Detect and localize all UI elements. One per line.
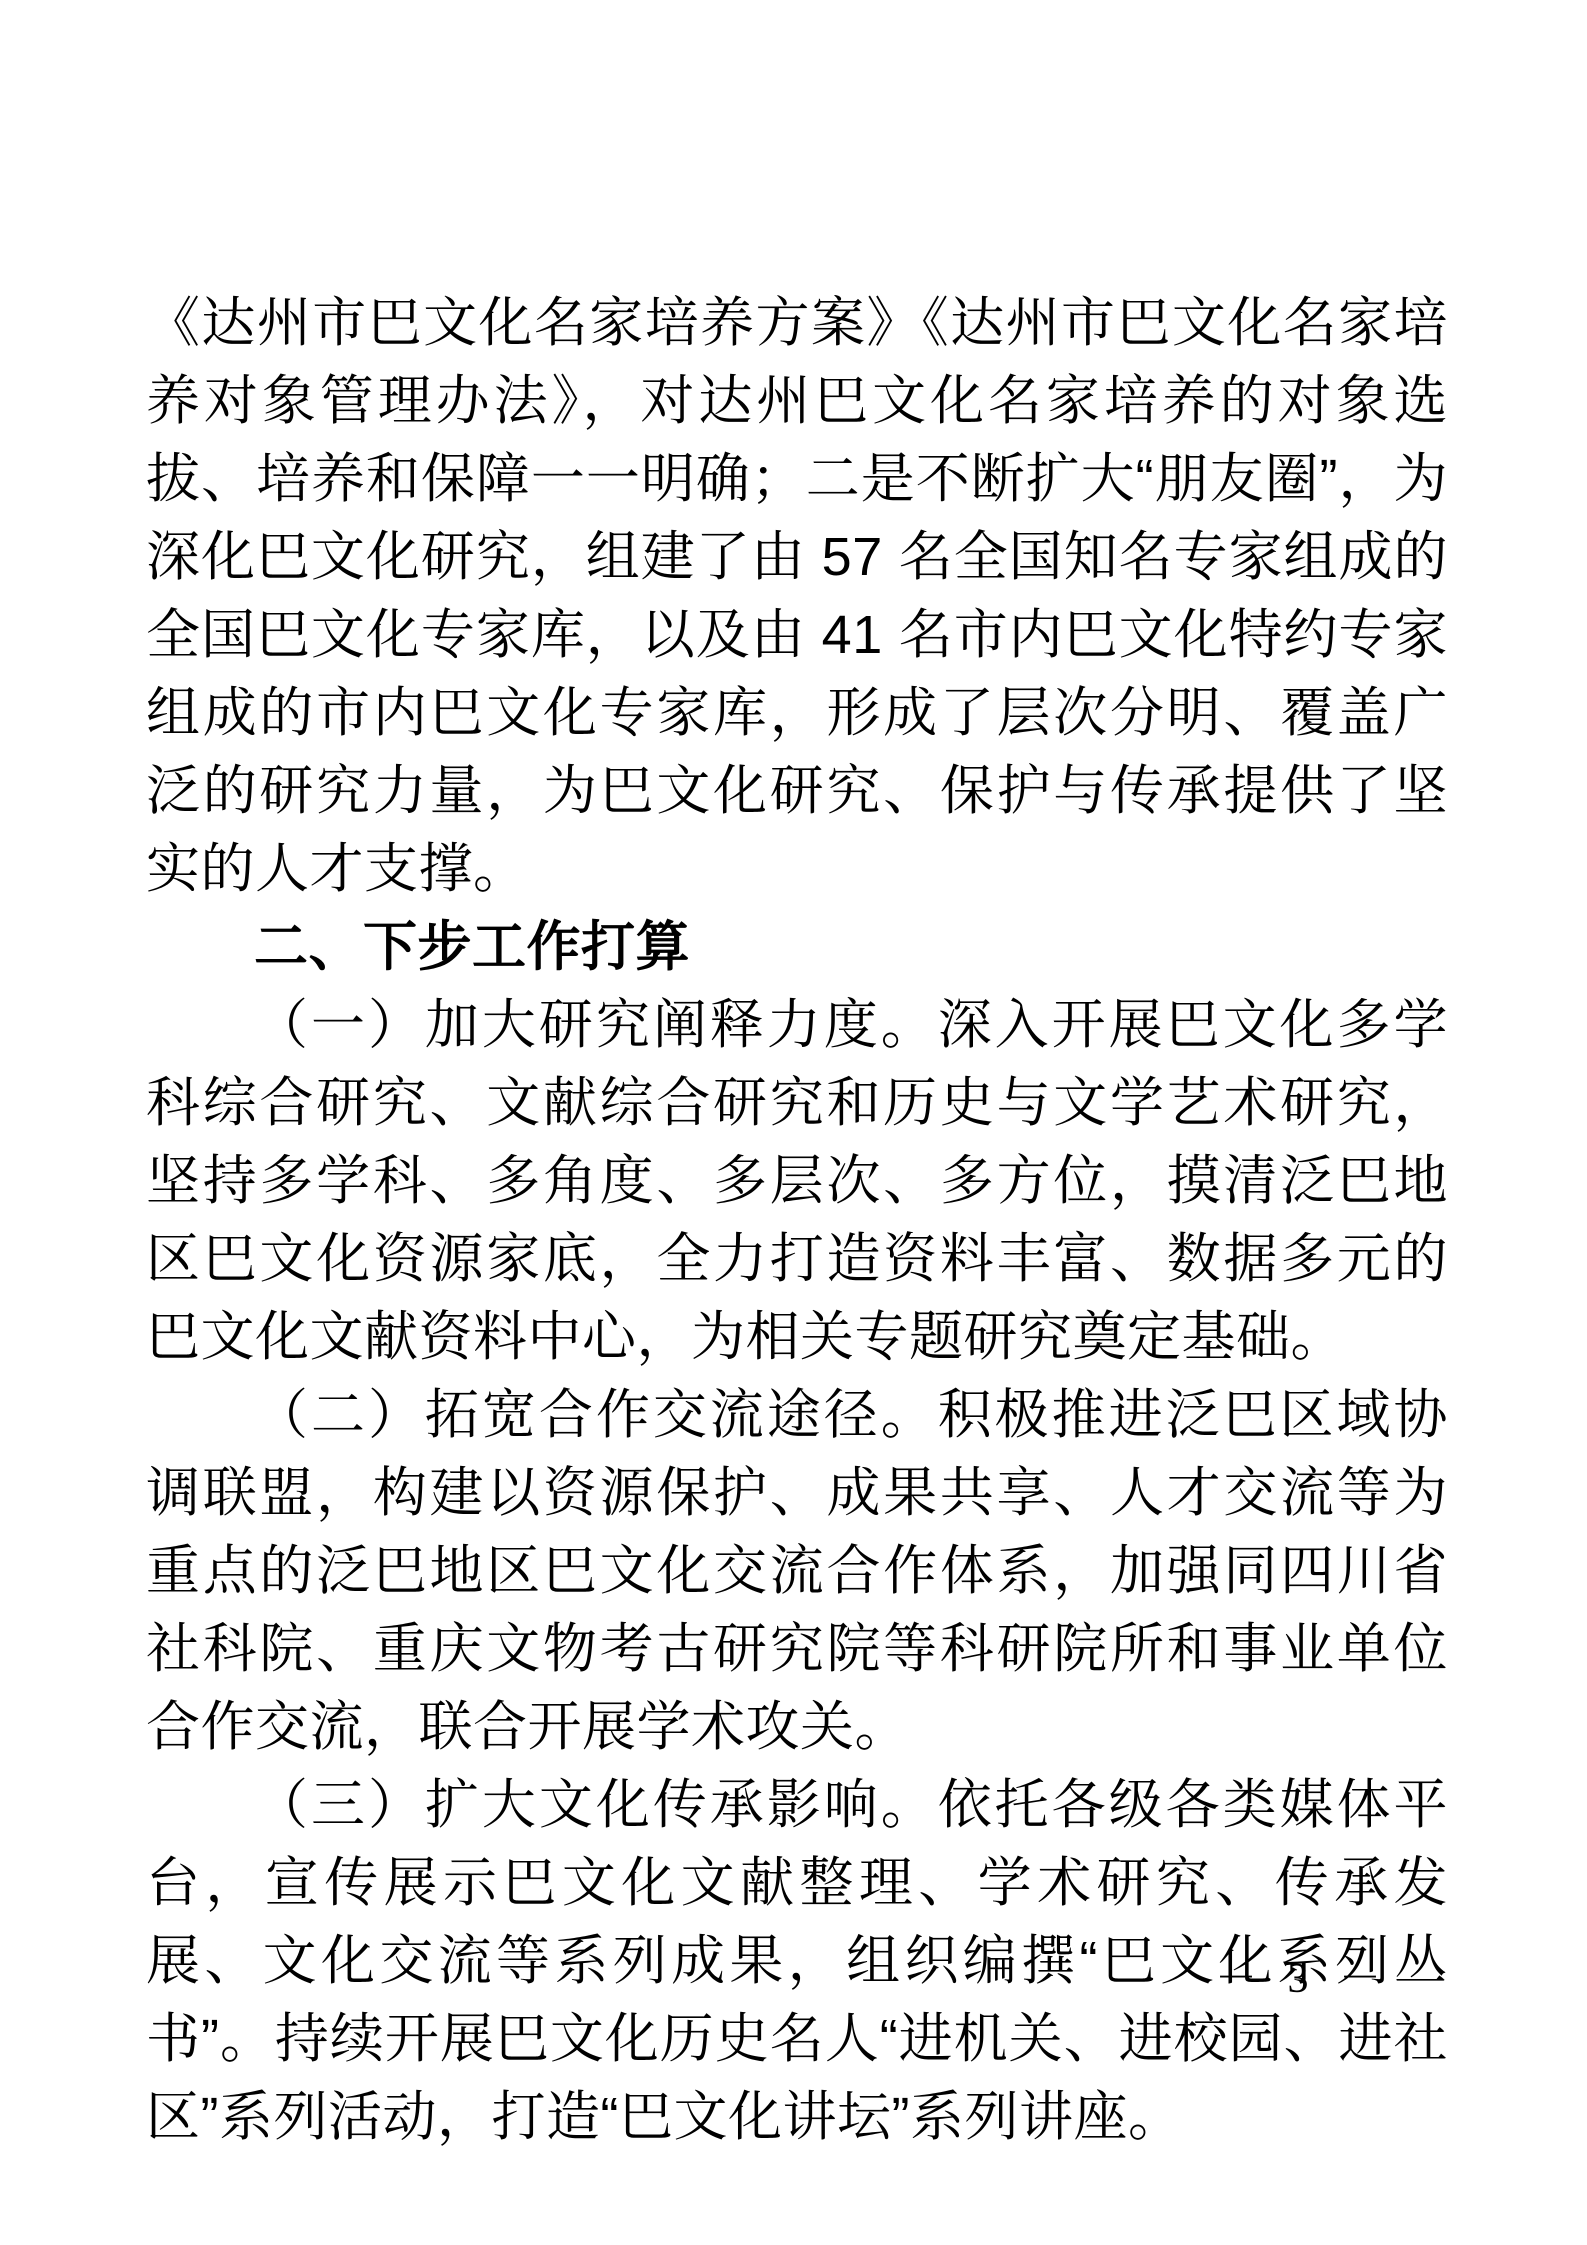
paragraph-item-2-lead: （二）拓宽合作交流途径。: [254, 1385, 938, 1445]
paragraph-item-3-lead: （三）扩大文化传承影响。: [254, 1775, 938, 1835]
paragraph-item-2: （二）拓宽合作交流途径。积极推进泛巴区域协调联盟，构建以资源保护、成果共享、人才…: [146, 1376, 1448, 1766]
paragraph-item-1: （一）加大研究阐释力度。深入开展巴文化多学科综合研究、文献综合研究和历史与文学艺…: [146, 986, 1448, 1376]
page-number: － 3 －: [1215, 1956, 1391, 2002]
section-heading: 二、下步工作打算: [146, 908, 1448, 986]
page-footer: － 3 －: [1215, 1958, 1391, 2000]
document-page: 《达州市巴文化名家培养方案》《达州市巴文化名家培养对象管理办法》，对达州巴文化名…: [0, 0, 1587, 2245]
paragraph-item-1-lead: （一）加大研究阐释力度。: [254, 995, 938, 1055]
document-body: 《达州市巴文化名家培养方案》《达州市巴文化名家培养对象管理办法》，对达州巴文化名…: [146, 284, 1448, 2156]
paragraph-continuation: 《达州市巴文化名家培养方案》《达州市巴文化名家培养对象管理办法》，对达州巴文化名…: [146, 284, 1448, 908]
